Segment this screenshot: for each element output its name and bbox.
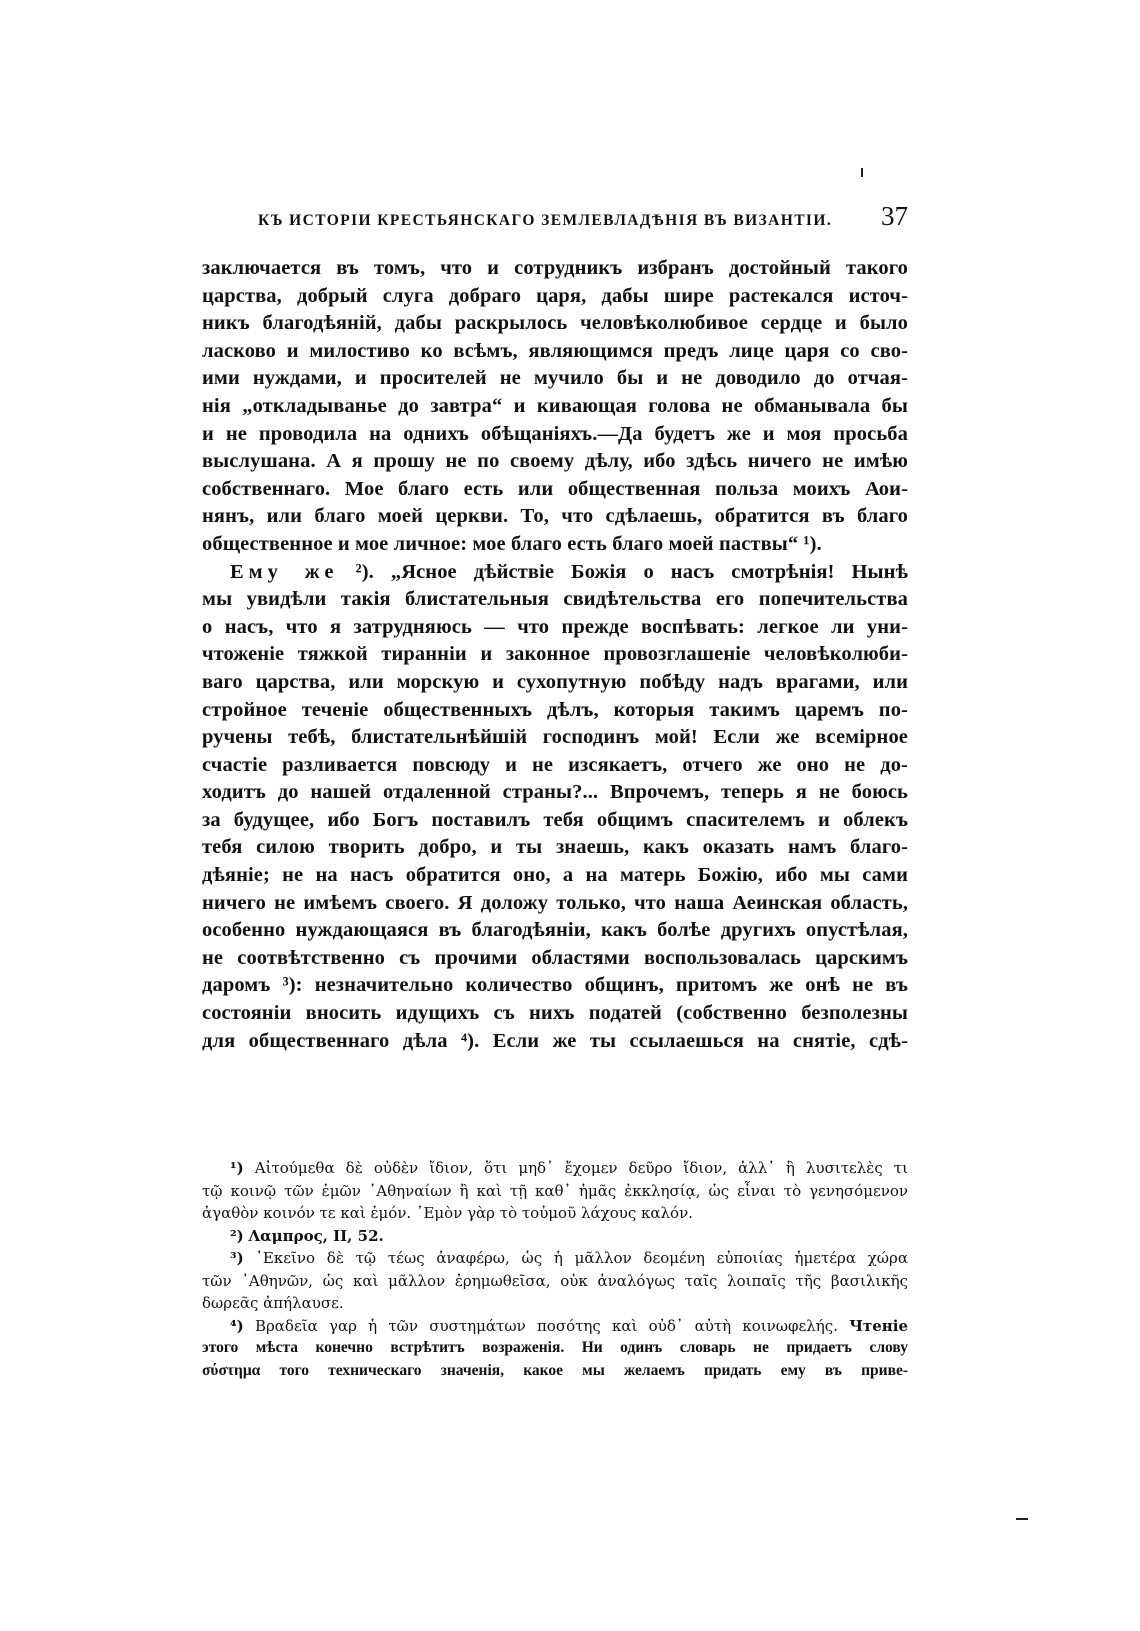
footnote-marker: ¹) (230, 1159, 244, 1177)
text-line: выслушана. А я прошу не по своему дѣлу, … (202, 448, 908, 476)
footnote-ref-2: ²). (355, 561, 373, 583)
text-line: дѣяніе; не на насъ обратится оно, а на м… (202, 862, 908, 890)
footnote-4-line: σύστημα того техническаго значенія, како… (202, 1360, 908, 1383)
footnote-text: Αἰτούμεθα δὲ οὐδὲν ἴδιον, ὅτι μηδ᾽ ἔχομε… (255, 1159, 908, 1177)
text-line: ничего не имѣемъ своего. Я доложу только… (202, 890, 908, 918)
running-title: Къ исторіи крестьянскаго землевладѣнія в… (258, 212, 832, 230)
text-line-fragment: „Ясное дѣйствіе Божія о насъ смотрѣнія! … (391, 561, 908, 583)
paragraph-start-emu-zhe: Ему же ²). „Ясное дѣйствіе Божія о насъ … (202, 559, 908, 587)
text-line: счастіе разливается повсюду и не изсякае… (202, 752, 908, 780)
text-line: общественное и мое личное: мое благо ест… (202, 531, 908, 559)
text-line: заключается въ томъ, что и сотрудникъ из… (202, 255, 908, 283)
text-line: ваго царства, или морскую и сухопутную п… (202, 669, 908, 697)
footnote-3-line: δωρεᾶς ἀπήλαυσε. (202, 1292, 908, 1315)
text-line: даромъ ³): незначительно количество общи… (202, 972, 908, 1000)
book-page: Къ исторіи крестьянскаго землевладѣнія в… (0, 0, 1140, 1631)
footnote-greek: Βραδεῖα γαρ ἡ τῶν συστημάτων ποσότης καὶ… (255, 1317, 838, 1335)
footnote-marker: ⁴) (230, 1317, 244, 1335)
running-head: Къ исторіи крестьянскаго землевладѣнія в… (258, 201, 908, 235)
footnote-1-line: ἀγαθὸν κοινόν τε καὶ ἐμόν. ᾽Εμὸν γὰρ τὸ … (202, 1202, 908, 1225)
footnote-2: ²) Λαμπρος, II, 52. (202, 1225, 908, 1248)
text-line: царства, добрый слуга добраго царя, дабы… (202, 283, 908, 311)
text-line: собственнаго. Мое благо есть или обществ… (202, 476, 908, 504)
text-line: состояніи вносить идущихъ съ нихъ подате… (202, 1000, 908, 1028)
text-line: чтоженіе тяжкой тиранніи и законное пров… (202, 641, 908, 669)
text-line: за будущее, ибо Богъ поставилъ тебя общи… (202, 807, 908, 835)
text-line: нія „откладыванье до завтра“ и кивающая … (202, 393, 908, 421)
text-line: и не проводила на однихъ обѣщаніяхъ.—Да … (202, 421, 908, 449)
footnote-text: Λαμπρος, II, 52. (248, 1227, 383, 1245)
footnote-cyr: Чтеніе (849, 1317, 908, 1335)
footnote-marker: ²) (230, 1227, 244, 1245)
footnote-1: ¹) Αἰτούμεθα δὲ οὐδὲν ἴδιον, ὅτι μηδ᾽ ἔχ… (202, 1157, 908, 1180)
text-line: ласково и милостиво ко всѣмъ, являющимся… (202, 338, 908, 366)
footnotes: ¹) Αἰτούμεθα δὲ οὐδὲν ἴδιον, ὅτι μηδ᾽ ἔχ… (202, 1157, 908, 1382)
footnote-4-line: этого мѣста конечно встрѣтитъ возраженія… (202, 1337, 908, 1360)
text-line: особенно нуждающаяся въ благодѣяніи, как… (202, 917, 908, 945)
footnote-1-line: τῷ κοινῷ τῶν ἐμῶν ᾽Αθηναίων ἢ καὶ τῇ καθ… (202, 1180, 908, 1203)
footnote-marker: ³) (230, 1249, 244, 1267)
body-text: заключается въ томъ, что и сотрудникъ из… (202, 255, 908, 1055)
text-line: мы увидѣли такія блистательныя свидѣтель… (202, 586, 908, 614)
text-line: ручены тебѣ, блистательнѣйшій господинъ … (202, 724, 908, 752)
text-line: стройное теченіе общественныхъ дѣлъ, кот… (202, 697, 908, 725)
scan-speck-bottom-right (1016, 1518, 1028, 1520)
page-number: 37 (881, 201, 908, 232)
text-line: о насъ, что я затрудняюсь — что прежде в… (202, 614, 908, 642)
footnote-4: ⁴) Βραδεῖα γαρ ἡ τῶν συστημάτων ποσότης … (202, 1315, 908, 1338)
text-line: ходитъ до нашей отдаленной страны?... Вп… (202, 779, 908, 807)
footnote-3-line: τῶν ᾽Αθηνῶν, ὡς καὶ μᾶλλον ἐρημωθεῖσα, ο… (202, 1270, 908, 1293)
text-line: тебя силою творить добро, и ты знаешь, к… (202, 834, 908, 862)
text-line: ими нуждами, и просителей не мучило бы и… (202, 365, 908, 393)
scan-speck-top (861, 168, 863, 177)
footnote-text: ᾽Εκεῖνο δὲ τῷ τέως ἀναφέρω, ὡς ἡ μᾶλλον … (255, 1249, 908, 1267)
emu-zhe-label: Ему же (230, 561, 338, 583)
text-line: для общественнаго дѣла ⁴). Если же ты сс… (202, 1028, 908, 1056)
text-line: никъ благодѣяній, дабы раскрылось человѣ… (202, 310, 908, 338)
footnote-3: ³) ᾽Εκεῖνο δὲ τῷ τέως ἀναφέρω, ὡς ἡ μᾶλλ… (202, 1247, 908, 1270)
text-line: не соотвѣтственно съ прочими областями в… (202, 945, 908, 973)
text-line: нянъ, или благо моей церкви. То, что сдѣ… (202, 503, 908, 531)
